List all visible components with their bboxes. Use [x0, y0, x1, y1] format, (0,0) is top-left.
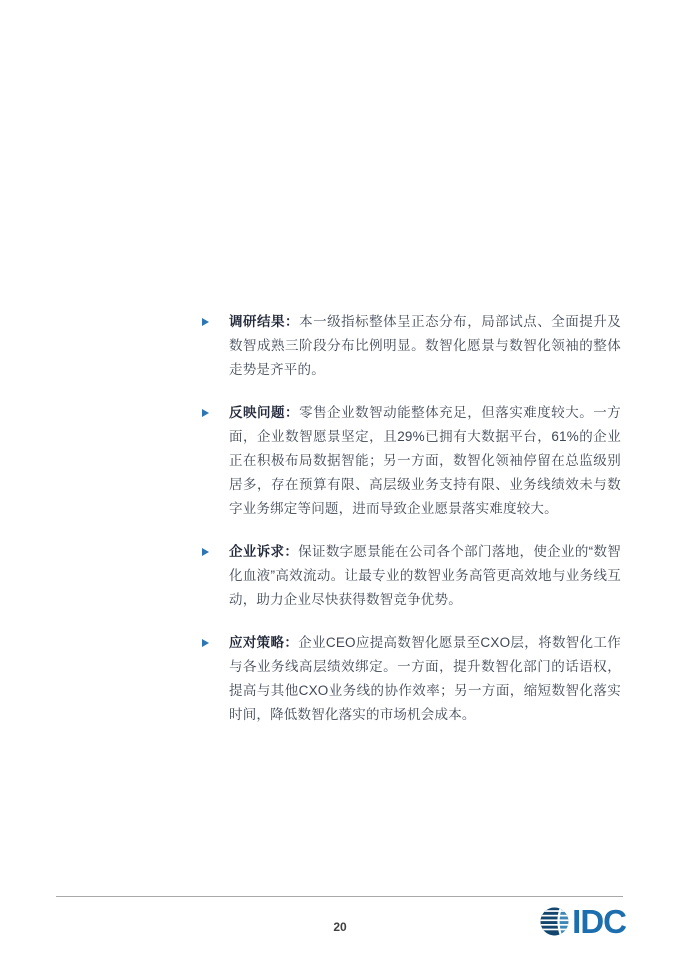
bullet-label: 应对策略： [229, 635, 298, 650]
bullet-text: 零售企业数智动能整体充足，但落实难度较大。一方面，企业数智愿景坚定，且29%已拥… [229, 405, 621, 516]
bullet-paragraph: 调研结果：本一级指标整体呈正态分布，局部试点、全面提升及数智成熟三阶段分布比例明… [229, 310, 621, 382]
bullet-item-survey-results: 调研结果：本一级指标整体呈正态分布，局部试点、全面提升及数智成熟三阶段分布比例明… [202, 310, 621, 382]
bullet-triangle-icon [202, 318, 229, 326]
bullet-label: 反映问题： [229, 405, 299, 420]
bullet-list: 调研结果：本一级指标整体呈正态分布，局部试点、全面提升及数智成熟三阶段分布比例明… [202, 310, 621, 746]
document-page: 调研结果：本一级指标整体呈正态分布，局部试点、全面提升及数智成熟三阶段分布比例明… [0, 0, 680, 962]
idc-globe-icon [540, 907, 569, 936]
bullet-paragraph: 反映问题：零售企业数智动能整体充足，但落实难度较大。一方面，企业数智愿景坚定，且… [229, 401, 621, 521]
bullet-label: 调研结果： [229, 314, 299, 329]
bullet-item-reflected-problems: 反映问题：零售企业数智动能整体充足，但落实难度较大。一方面，企业数智愿景坚定，且… [202, 401, 621, 521]
footer-divider [56, 896, 623, 897]
bullet-paragraph: 企业诉求：保证数字愿景能在公司各个部门落地，使企业的“数智化血液”高效流动。让最… [229, 540, 621, 612]
idc-logo-text: IDC [572, 907, 626, 936]
idc-logo: IDC [540, 907, 626, 936]
bullet-label: 企业诉求： [229, 544, 298, 559]
bullet-triangle-icon [202, 548, 229, 556]
bullet-triangle-icon [202, 409, 229, 417]
bullet-paragraph: 应对策略：企业CEO应提高数智化愿景至CXO层，将数智化工作与各业务线高层绩效绑… [229, 631, 621, 727]
bullet-triangle-icon [202, 639, 229, 647]
bullet-item-enterprise-demands: 企业诉求：保证数字愿景能在公司各个部门落地，使企业的“数智化血液”高效流动。让最… [202, 540, 621, 612]
bullet-item-response-strategy: 应对策略：企业CEO应提高数智化愿景至CXO层，将数智化工作与各业务线高层绩效绑… [202, 631, 621, 727]
